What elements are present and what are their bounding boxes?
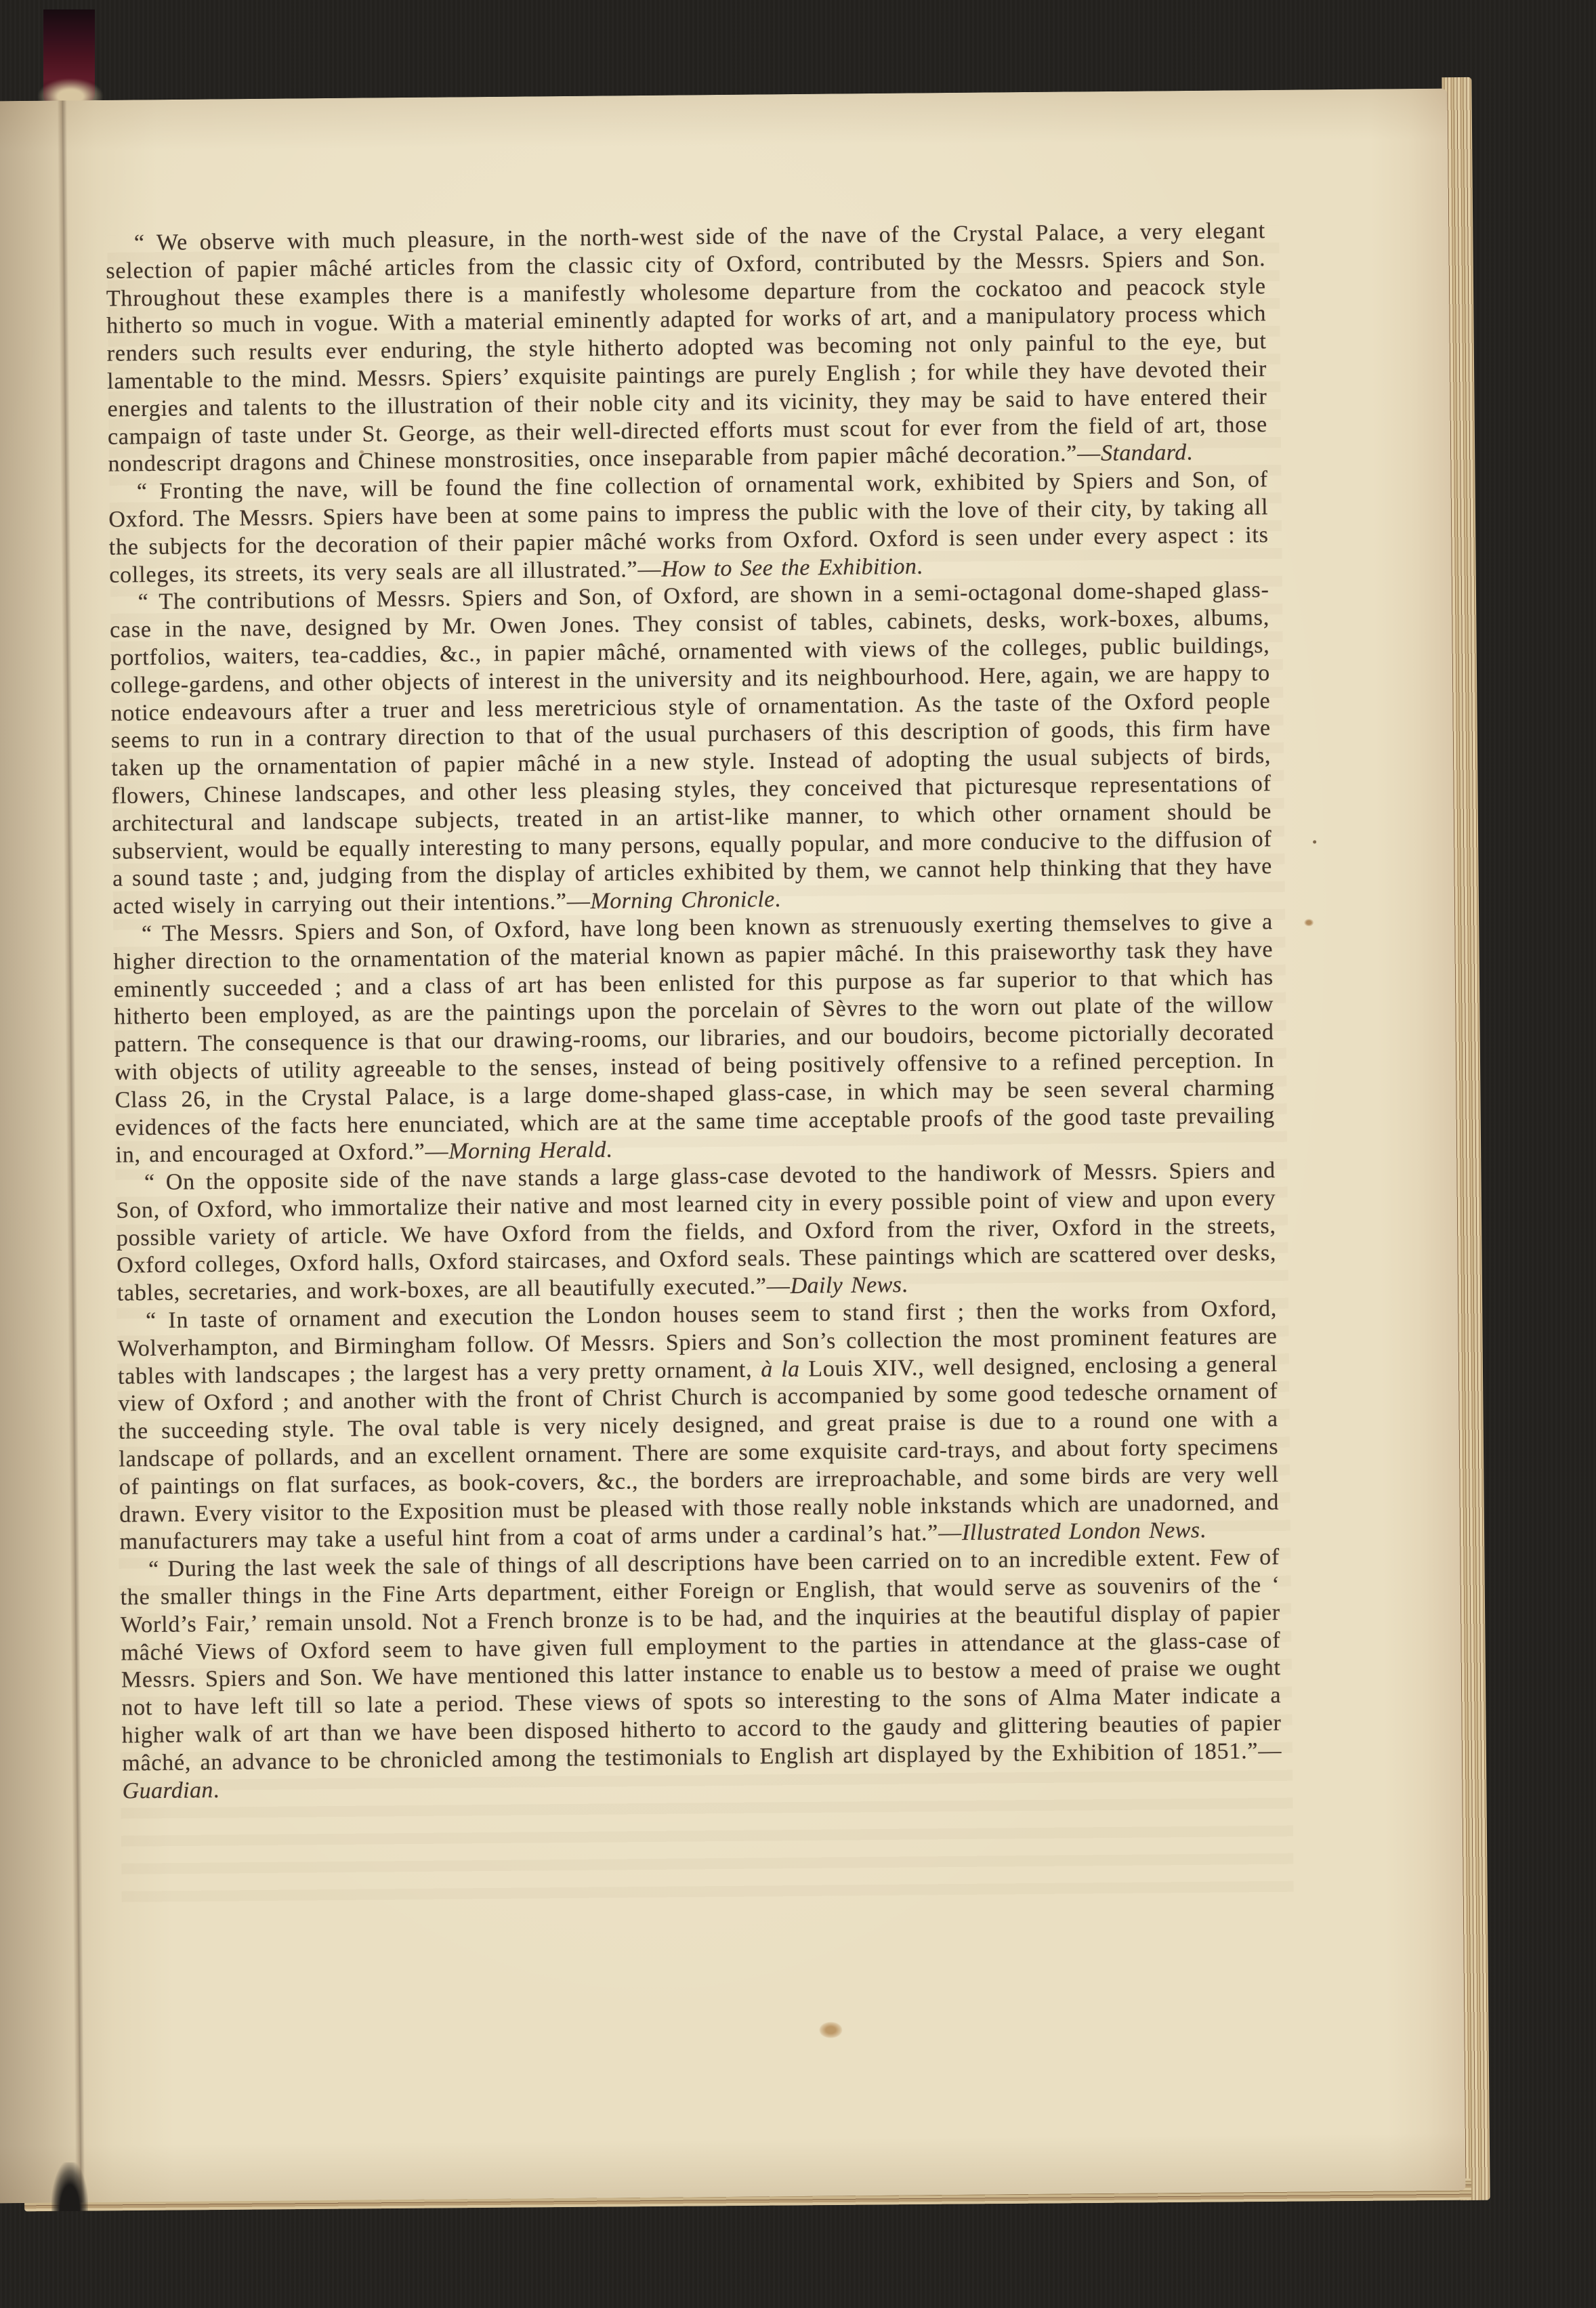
- paragraph: “ Fronting the nave, will be found the f…: [108, 466, 1269, 589]
- foxing-spot: [1304, 919, 1314, 926]
- source-name: Morning Herald: [448, 1137, 606, 1165]
- gutter-crease: [57, 100, 85, 2202]
- source-name: Illustrated London News: [962, 1518, 1200, 1546]
- paragraph: “ During the last week the sale of thing…: [120, 1544, 1282, 1805]
- source-name: How to See the Exhibition: [661, 553, 917, 581]
- source-name: Guardian: [122, 1778, 213, 1803]
- source-name: Morning Chronicle: [590, 887, 774, 914]
- book-page: “ We observe with much pleasure, in the …: [0, 89, 1465, 2204]
- source-name: Standard: [1101, 440, 1187, 466]
- source-name: Daily News: [790, 1272, 902, 1299]
- gutter-notch-shadow: [51, 2162, 88, 2211]
- text-block: “ We observe with much pleasure, in the …: [106, 217, 1282, 1805]
- paragraph: “ On the opposite side of the nave stand…: [116, 1157, 1277, 1307]
- paragraph: “ The contributions of Messrs. Spiers an…: [109, 576, 1272, 921]
- paragraph: “ In taste of ornament and execution the…: [117, 1295, 1280, 1557]
- foxing-spot: [1313, 840, 1316, 843]
- paragraph: “ The Messrs. Spiers and Son, of Oxford,…: [113, 908, 1276, 1170]
- foxing-spot: [819, 2021, 842, 2038]
- source-name: à la: [761, 1356, 799, 1382]
- paragraph: “ We observe with much pleasure, in the …: [106, 217, 1268, 479]
- scanned-page-photo: “ We observe with much pleasure, in the …: [0, 0, 1596, 2308]
